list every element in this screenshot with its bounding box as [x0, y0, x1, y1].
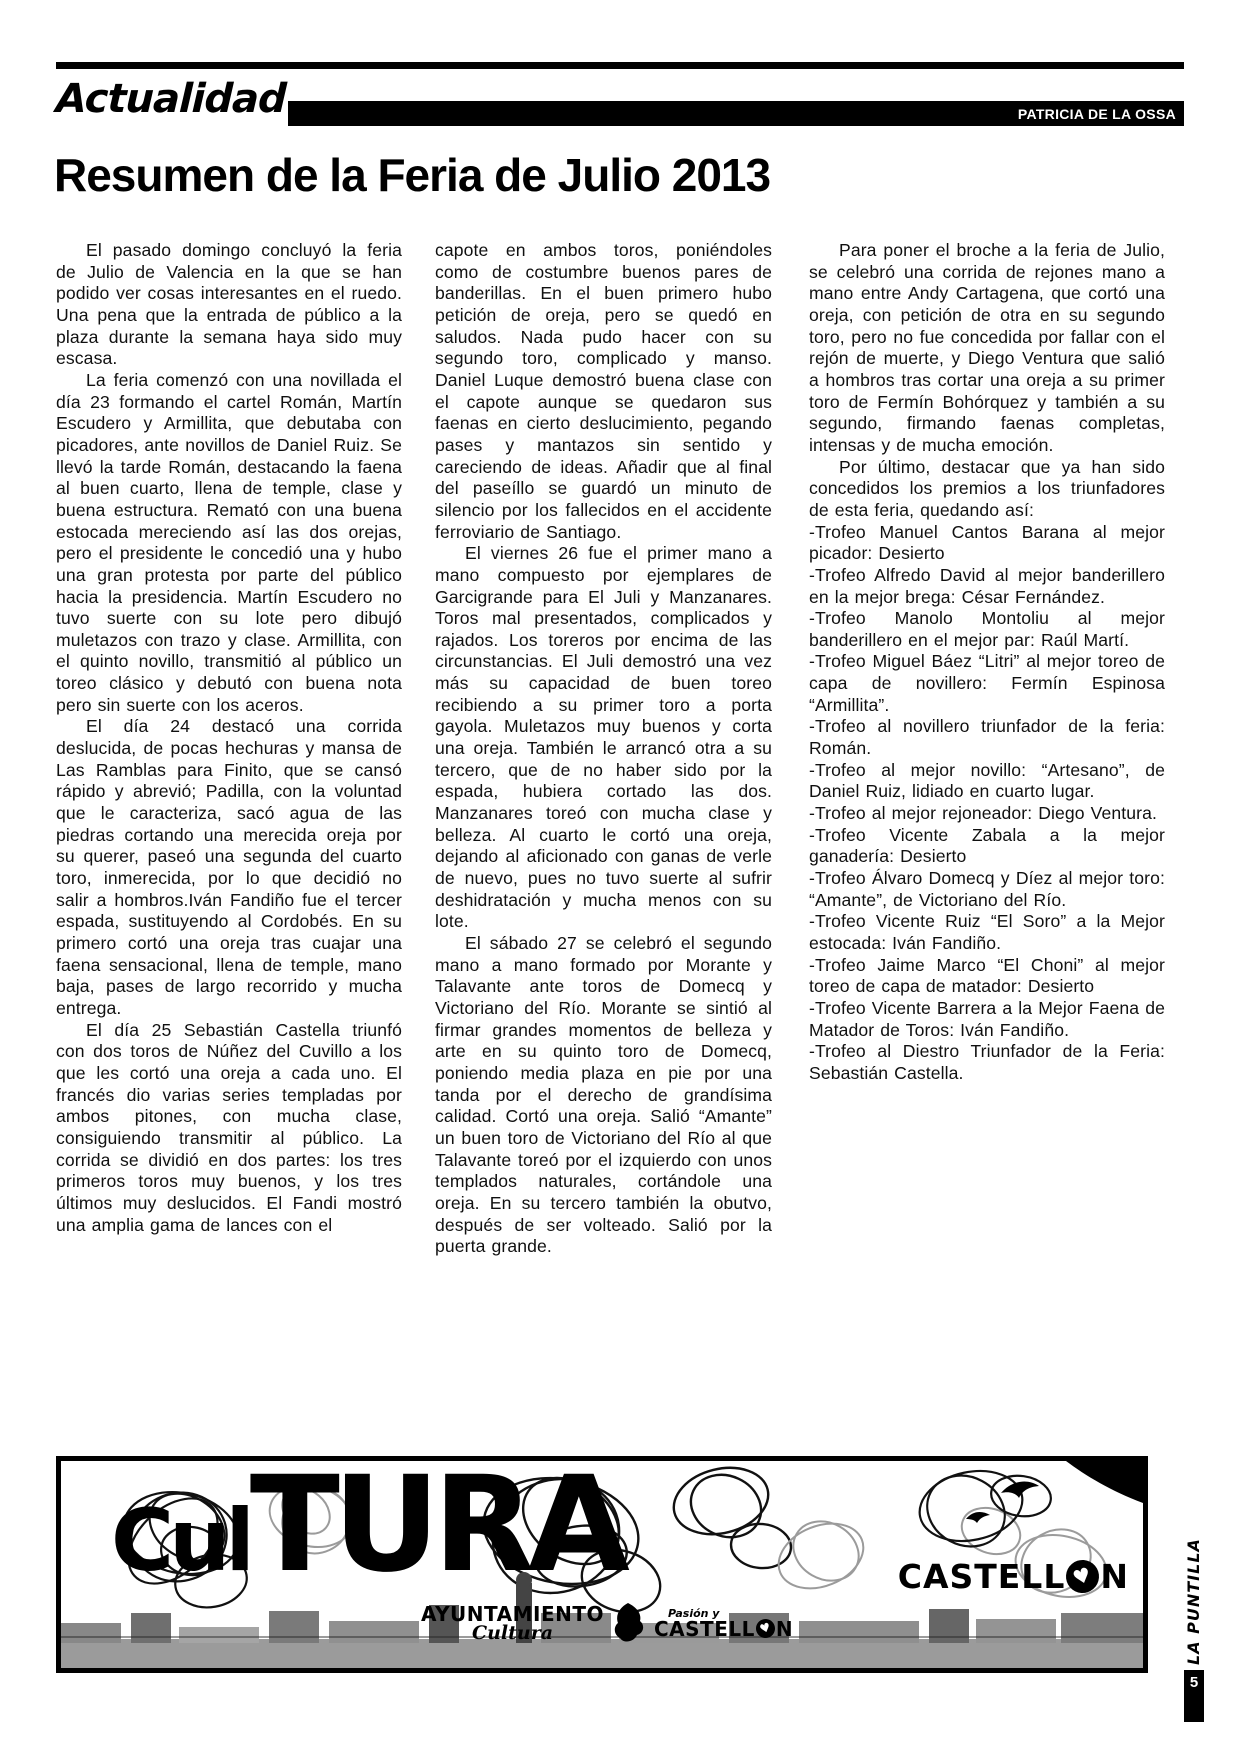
paragraph: Por último, destacar que ya han sido con…	[809, 457, 1165, 522]
byline: PATRICIA DE LA OSSA	[1018, 106, 1176, 122]
splat-icon	[612, 1601, 646, 1645]
trophy-item: -Trofeo Manuel Cantos Barana al mejor pi…	[809, 522, 1165, 565]
top-rule	[56, 62, 1184, 69]
ayuntamiento-logo: AYUNTAMIENTO Cultura	[421, 1602, 604, 1644]
trophy-item: -Trofeo Vicente Ruiz “El Soro” a la Mejo…	[809, 911, 1165, 954]
magazine-page: Actualidad PATRICIA DE LA OSSA Resumen d…	[0, 0, 1240, 1754]
article-body: El pasado domingo concluyó la feria de J…	[56, 240, 1165, 1258]
heart-icon-small: ♥	[753, 1617, 777, 1641]
cultura-script-label: Cultura	[472, 1622, 553, 1644]
heart-icon: ♥	[1062, 1556, 1104, 1598]
castellon-logo: CASTELL♥N	[898, 1557, 1129, 1596]
scribble-cluster	[913, 1462, 1053, 1560]
paragraph: capote en ambos toros, poniéndoles como …	[435, 240, 772, 543]
article-column-1: El pasado domingo concluyó la feria de J…	[56, 240, 402, 1258]
byline-bar: PATRICIA DE LA OSSA	[288, 101, 1184, 126]
castellon-n: N	[1100, 1557, 1129, 1596]
trophy-item: -Trofeo Vicente Zabala a la mejor ganade…	[809, 825, 1165, 868]
trophy-item: -Trofeo Alfredo David al mejor banderill…	[809, 565, 1165, 608]
section-label: Actualidad	[55, 76, 286, 122]
corner-blob	[1066, 1461, 1143, 1503]
trophy-item: -Trofeo Manolo Montoliu al mejor banderi…	[809, 608, 1165, 651]
paragraph: La feria comenzó con una novillada el dí…	[56, 370, 402, 717]
cultura-wordmark-left: Cul	[111, 1477, 250, 1605]
castellon-small-text: CASTELL	[654, 1619, 755, 1639]
sponsor-logos: AYUNTAMIENTO Cultura Pasión y CASTELL♥N	[421, 1601, 793, 1645]
page-number: 5	[1184, 1670, 1204, 1722]
trophy-item: -Trofeo al novillero triunfador de la fe…	[809, 716, 1165, 759]
castellon-small-n: N	[776, 1619, 793, 1639]
paragraph: Para poner el broche a la feria de Julio…	[809, 240, 1165, 457]
magazine-title: LA PUNTILLA	[1184, 1538, 1203, 1665]
article-column-3: Para poner el broche a la feria de Julio…	[809, 240, 1165, 1258]
trophy-item: -Trofeo Vicente Barrera a la Mejor Faena…	[809, 998, 1165, 1041]
trophy-item: -Trofeo al mejor novillo: “Artesano”, de…	[809, 760, 1165, 803]
paragraph: El viernes 26 fue el primer mano a mano …	[435, 543, 772, 933]
trophy-item: -Trofeo al mejor rejoneador: Diego Ventu…	[809, 803, 1165, 825]
trophy-item: -Trofeo al Diestro Triunfador de la Feri…	[809, 1041, 1165, 1084]
paragraph: El día 25 Sebastián Castella triunfó con…	[56, 1020, 402, 1237]
trophy-item: -Trofeo Jaime Marco “El Choni” al mejor …	[809, 955, 1165, 998]
article-title: Resumen de la Feria de Julio 2013	[54, 148, 770, 202]
article-column-2: capote en ambos toros, poniéndoles como …	[435, 240, 772, 1258]
paragraph: El pasado domingo concluyó la feria de J…	[56, 240, 402, 370]
castellon-text: CASTELL	[898, 1557, 1066, 1596]
trophy-item: -Trofeo Álvaro Domecq y Díez al mejor to…	[809, 868, 1165, 911]
cultura-wordmark-right: TURA	[250, 1461, 623, 1589]
paragraph: El día 24 destacó una corrida deslucida,…	[56, 716, 402, 1019]
trophy-item: -Trofeo Miguel Báez “Litri” al mejor tor…	[809, 651, 1165, 716]
cultura-wordmark: CulTURA	[111, 1461, 623, 1591]
paragraph: El sábado 27 se celebró el segundo mano …	[435, 933, 772, 1258]
pasion-castellon-logo: Pasión y CASTELL♥N	[654, 1608, 793, 1639]
cultura-banner: CulTURA CASTELL♥N AYUNTAMIENTO Cultura P…	[56, 1456, 1148, 1673]
